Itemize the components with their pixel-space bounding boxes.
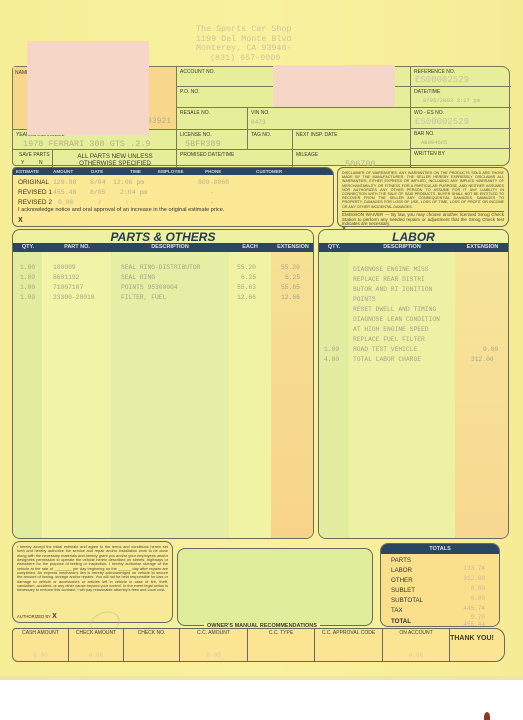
totals-header: TOTALS [381, 544, 499, 554]
labor-line: DIAGNOSE LEAN CONDITION [353, 316, 440, 323]
estimate-signature-x[interactable]: X [18, 217, 23, 224]
estimate-row-revised-2: REVISED 2 0.00 / : - [18, 199, 52, 206]
check-amount-cell: CHECK AMOUNT 0.00 [69, 629, 124, 661]
ink-mark [484, 712, 490, 720]
written-by-cell: WRITTEN BY [410, 149, 511, 167]
reference-no-value: ES00002529 [415, 75, 469, 85]
labor-qty: 4.00 [324, 356, 339, 363]
labor-line: BUTOR AND RI IGNITION [353, 286, 432, 293]
promised-cell: PROMISED DATE/TIME [177, 149, 293, 167]
tag-no-cell: TAG NO. [248, 129, 293, 149]
totals-value-subtotal: 445.74 [463, 605, 485, 612]
warranty-disclaimer-box: DISCLAIMER OF WARRANTIES: ANY WARRANTIES… [337, 167, 509, 227]
save-parts-cell: SAVE PARTS Y N [13, 149, 53, 167]
labor-line: REPLACE FUEL FILTER [353, 336, 425, 343]
labor-extension-column [455, 252, 509, 538]
authorization-text: I hereby accept the initial estimate and… [17, 545, 168, 593]
thank-you-text: THANK YOU! [444, 635, 500, 643]
parts-title: PARTS & OTHERS [13, 230, 313, 244]
wo-es-value: ES00002529 [415, 117, 469, 127]
totals-label-subtotal: SUBTOTAL [391, 597, 423, 604]
save-parts-no[interactable]: N [39, 160, 43, 166]
authorization-box: I hereby accept the initial estimate and… [12, 541, 173, 623]
paper-edge [0, 676, 523, 680]
check-no-cell: CHECK NO. [124, 629, 180, 661]
estimate-header: ESTIMATE AMOUNT DATE TIME EMPLOYEE PHONE… [13, 168, 333, 175]
all-parts-new-notice: ALL PARTS NEW UNLESS OTHERWISE SPECIFIED [63, 153, 167, 167]
estimate-box: ESTIMATE AMOUNT DATE TIME EMPLOYEE PHONE… [12, 167, 334, 227]
totals-label-parts: PARTS [391, 557, 411, 564]
labor-line: TOTAL LABOR CHARGE [353, 356, 421, 363]
disclaimer-text: DISCLAIMER OF WARRANTIES: ANY WARRANTIES… [342, 171, 504, 209]
parts-notice-cell: ALL PARTS NEW UNLESS OTHERWISE SPECIFIED [53, 149, 177, 167]
totals-label-tax: TAX [391, 607, 403, 614]
totals-label-other: OTHER [391, 577, 413, 584]
authorized-by[interactable]: AUTHORIZED BY X [17, 613, 57, 620]
authorized-by-label: AUTHORIZED BY [17, 614, 51, 619]
bar-no-cell: BAR NO. AB094665 [410, 129, 511, 149]
shop-address: The Sports Car Shop 1199 Del Monte Blvd … [196, 25, 292, 63]
vin-no-cell: VIN NO. 0473 [248, 108, 410, 129]
labor-line: DIAGNOSE ENGINE MISS [353, 266, 429, 273]
labor-line: RESET DWELL AND TIMING [353, 306, 436, 313]
totals-value-sublet: 0.00 [471, 595, 485, 602]
totals-value-total: 455.44 [463, 621, 485, 627]
labor-line: AT HIGH ENGINE SPEED [353, 326, 429, 333]
labor-table-header: QTY. DESCRIPTION EXTENSION [319, 243, 508, 252]
next-insp-cell: NEXT INSP. DATE [293, 129, 410, 149]
cc-amount-cell: C.C. AMOUNT 0.00 [180, 629, 248, 661]
totals-value-parts: 133.74 [463, 565, 485, 572]
acknowledge-text: I acknowledge notice and oral approval o… [18, 207, 224, 213]
labor-qty-column [319, 252, 349, 538]
payment-row: CASH AMOUNT 0.00 CHECK AMOUNT 0.00 CHECK… [12, 628, 505, 662]
labor-line: REPLACE REAR DISTRI [353, 276, 425, 283]
repair-order-document: The Sports Car Shop 1199 Del Monte Blvd … [0, 0, 523, 676]
labor-section: LABOR QTY. DESCRIPTION EXTENSION DIAGNOS… [318, 229, 509, 539]
year-make-model-value: 1978 FERRARI 308 GTS .2.9 [23, 139, 151, 149]
labor-title: LABOR [319, 230, 508, 244]
labor-extension: 312.00 [471, 356, 494, 363]
redaction-customer [27, 41, 149, 135]
cc-type-cell: C.C. TYPE [248, 629, 315, 661]
estimate-row-revised-1: REVISED 1 455.46 8/05 2:04 pm - [18, 189, 52, 196]
labor-line: ROAD TEST VEHICLE [353, 346, 417, 353]
cc-approval-code-cell: C.C. APPROVAL CODE [315, 629, 383, 661]
labor-line: POINTS [353, 296, 376, 303]
totals-label-total: TOTAL [391, 618, 411, 625]
license-no-value: 5BFR389 [185, 139, 221, 149]
totals-value-labor: 312.00 [463, 575, 485, 582]
totals-value-tax: 9.70 [471, 614, 485, 621]
owners-manual-recommendations-box: OWNER'S MANUAL RECOMMENDATIONS [177, 548, 373, 626]
save-parts-yes[interactable]: Y [21, 160, 24, 166]
reference-no-cell: REFERENCE NO. ES00002529 [410, 67, 511, 87]
parts-section: PARTS & OTHERS QTY. PART NO. DESCRIPTION… [12, 229, 314, 539]
wo-es-cell: WO - ES NO. ES00002529 [410, 108, 511, 129]
totals-box: TOTALS PARTS 133.74 LABOR 312.00 OTHER 0… [380, 543, 500, 627]
emission-waiver-text: EMISSION WAIVER — By law, you may choose… [342, 211, 504, 227]
authorized-signature-x[interactable]: X [52, 613, 57, 620]
date-time-value: 8/05/2003 3:17 pm [423, 97, 480, 104]
totals-value-other: 0.00 [471, 585, 485, 592]
resale-no-cell: RESALE NO. [177, 108, 248, 129]
bar-no-value: AB094665 [421, 139, 447, 146]
date-time-cell: DATE/TIME 8/05/2003 3:17 pm [410, 87, 511, 108]
cash-amount-cell: CASH AMOUNT 0.00 [13, 629, 69, 661]
parts-table-header: QTY. PART NO. DESCRIPTION EACH EXTENSION [13, 243, 313, 252]
mileage-cell: MILEAGE 506700 [293, 149, 410, 167]
on-account-cell: ON ACCOUNT 0.00 [383, 629, 450, 661]
labor-qty: 1.00 [324, 346, 339, 353]
license-no-cell: LICENSE NO. 5BFR389 [177, 129, 248, 149]
labor-description-column [349, 252, 455, 538]
labor-extension: 0.00 [483, 346, 498, 353]
totals-label-sublet: SUBLET [391, 587, 415, 594]
zip-partial: 93921 [147, 117, 171, 126]
totals-label-labor: LABOR [391, 567, 412, 574]
estimate-row-original: ORIGINAL 129.88 8/04 12:06 pm 809-0060 [18, 179, 49, 186]
shop-phone: (831) 657-9000 [196, 54, 292, 64]
vin-no-value: 0473 [251, 119, 265, 126]
redaction-account [273, 65, 395, 107]
